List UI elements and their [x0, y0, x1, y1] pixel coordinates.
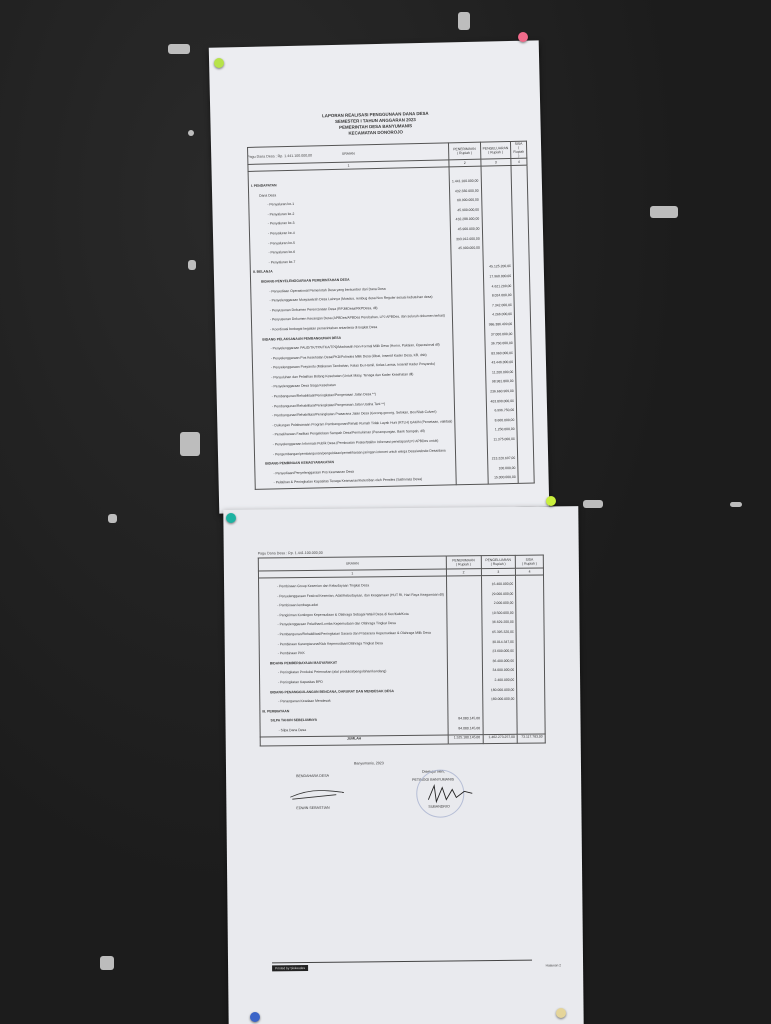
column-header: PENERIMAAN( Rupiah )	[449, 142, 481, 160]
line-item-expense: 403.890.000,00	[488, 397, 514, 407]
line-item-receipt: 84.080.145,00	[450, 715, 480, 725]
line-item-expense	[485, 243, 511, 253]
line-item-receipt	[450, 695, 480, 705]
line-item-expense: 11.200.000,00	[488, 368, 514, 378]
line-item-expense	[485, 724, 515, 734]
line-item-receipt	[449, 647, 479, 657]
line-item-receipt	[457, 407, 484, 417]
report-page-2: Pagu Dana Desa : Rp. 1.441.100.000,00 UR…	[223, 506, 583, 1024]
line-item-expense: 36.400.000,00	[484, 657, 514, 667]
line-item-receipt: 393.912.000,00	[453, 234, 480, 244]
line-item-expense: 4.266.000,00	[486, 310, 512, 320]
line-item-expense: 180.000.000,00	[485, 695, 515, 705]
line-item-expense: 2.000.000,00	[484, 599, 514, 609]
line-item-expense: 10.500.000,00	[484, 609, 514, 619]
line-item-receipt	[450, 667, 480, 677]
paint-speck	[188, 260, 196, 270]
line-item-expense: 213.220.697,00	[490, 454, 516, 464]
line-item-receipt	[458, 455, 485, 465]
blue-pin-bottom-left-icon	[250, 1012, 260, 1022]
line-item-receipt	[449, 590, 479, 600]
line-item-expense: 986.386.409,00	[487, 320, 513, 330]
line-item-expense: 23.600.000,00	[484, 647, 514, 657]
pagu-dana-desa: Pagu Dana Desa : Rp. 1.441.100.000,00	[258, 551, 323, 556]
column-header: SISA( Rupiah )	[511, 141, 527, 158]
line-item-receipt	[449, 619, 479, 629]
line-item-expense	[485, 714, 515, 724]
line-item-receipt: 45.900.000,00	[453, 225, 480, 235]
line-item-receipt	[449, 628, 479, 638]
line-item-expense	[484, 224, 510, 234]
line-item-receipt	[449, 580, 479, 590]
place-date: Banyumanis, 2023	[354, 761, 384, 765]
line-item-expense: 11.375.000,00	[489, 435, 515, 445]
line-item-receipt	[454, 253, 481, 263]
line-item-expense: 180.000.000,00	[485, 685, 515, 695]
line-item-expense: 2.400.000,00	[485, 676, 515, 686]
line-item-receipt	[456, 378, 483, 388]
line-item-expense: 36.750.000,00	[487, 339, 513, 349]
report-title: LAPORAN REALISASI PENGGUNAAN DANA DESA S…	[210, 108, 540, 139]
line-item-expense: 1.250.000,00	[489, 425, 515, 435]
yellow-green-pin-middle-right-icon	[546, 496, 556, 506]
line-item-receipt	[458, 426, 485, 436]
line-item-receipt	[457, 417, 484, 427]
line-item-receipt	[458, 436, 485, 446]
line-item-expense: 98.981.800,00	[488, 377, 514, 387]
line-item-expense: 34.000.000,00	[484, 666, 514, 676]
line-item-label: - Pembangunan/Rehabilitasi/Peningkatan S…	[262, 629, 445, 641]
paint-speck	[188, 130, 194, 136]
line-item-receipt: 432.330.000,00	[452, 186, 479, 196]
column-header: PENGELUARAN( Rupiah )	[480, 141, 511, 159]
line-item-receipt	[456, 340, 483, 350]
treasurer-title: BENDAHARA DESA	[296, 774, 329, 778]
report-page-1: LAPORAN REALISASI PENGGUNAAN DANA DESA S…	[209, 40, 549, 513]
line-item-expense: 16.400.000,00	[484, 580, 514, 590]
line-item-receipt	[458, 464, 485, 474]
line-item-receipt: 1.441.100.000,00	[452, 177, 479, 187]
line-item-expense	[484, 195, 510, 205]
table-body-row: I. PENDAPATANDana Desa- Penyaluran ke-1-…	[248, 165, 534, 489]
line-item-receipt	[454, 273, 481, 283]
treasurer-signature	[288, 787, 344, 802]
line-item-receipt	[456, 359, 483, 369]
printed-by-label: Printed by Siskeudes	[272, 965, 308, 971]
line-item-expense: 30.014.347,00	[484, 637, 514, 647]
line-item-expense: 37.000.000,00	[487, 329, 513, 339]
line-item-receipt: 432.288.000,00	[453, 215, 480, 225]
line-item-receipt	[449, 609, 479, 619]
line-item-receipt	[450, 705, 480, 715]
village-head-name: SUBANDRIO	[428, 805, 449, 809]
paint-speck	[458, 12, 470, 30]
footer-rule	[272, 960, 532, 964]
line-item-expense: 7.342.000,00	[486, 301, 512, 311]
treasurer-name: EDWIN SEBASTIAN	[296, 806, 329, 810]
line-item-expense: 8.600.000,00	[489, 416, 515, 426]
pink-pin-top-right-icon	[518, 32, 528, 42]
paint-speck	[730, 502, 742, 507]
column-header: PENERIMAAN( Rupiah )	[446, 556, 481, 569]
line-item-receipt: 60.900.000,00	[452, 196, 479, 206]
line-item-expense	[485, 234, 511, 244]
paint-speck	[100, 956, 114, 970]
line-item-expense: 4.621.200,00	[486, 282, 512, 292]
line-item-receipt: 45.900.000,00	[453, 244, 480, 254]
teal-pin-middle-left-icon	[226, 513, 236, 523]
line-item-expense: 15.000.000,00	[490, 473, 516, 483]
line-item-receipt	[454, 282, 481, 292]
report-table-page-1: URAIANPENERIMAAN( Rupiah )PENGELUARAN( R…	[247, 141, 535, 490]
line-item-receipt	[459, 474, 486, 484]
line-item-expense: 17.960.000,00	[485, 272, 511, 282]
line-item-expense: 100.000,00	[490, 464, 516, 474]
line-item-receipt	[455, 311, 482, 321]
line-item-receipt	[450, 657, 480, 667]
paint-speck	[180, 432, 200, 456]
line-item-receipt	[455, 301, 482, 311]
line-item-expense	[483, 176, 509, 186]
paint-speck	[168, 44, 190, 54]
line-item-expense	[489, 445, 515, 455]
table-body-row: - Pembinaan Group Kesenian dan Kebudayaa…	[259, 575, 546, 736]
line-item-expense: 236.660.909,00	[488, 387, 514, 397]
line-item-receipt	[450, 686, 480, 696]
report-table-page-2: URAIANPENERIMAAN( Rupiah )PENGELUARAN( R…	[258, 555, 546, 746]
line-item-expense: 83.960.000,00	[487, 349, 513, 359]
paint-speck	[108, 514, 117, 523]
line-item-receipt	[449, 638, 479, 648]
page-number: Halaman 2	[546, 963, 561, 967]
paint-speck	[650, 206, 678, 218]
line-item-expense	[485, 705, 515, 715]
line-item-expense: 45.125.200,00	[485, 262, 511, 272]
column-header: SISA( Rupiah )	[516, 555, 544, 568]
column-header: PENGELUARAN( Rupiah )	[481, 555, 516, 568]
line-item-expense	[485, 253, 511, 263]
line-item-receipt	[454, 292, 481, 302]
line-item-expense	[484, 205, 510, 215]
line-item-expense: 29.000.000,00	[484, 589, 514, 599]
line-item-expense: 36.629.200,00	[484, 618, 514, 628]
line-item-expense: 6.996.750,00	[489, 406, 515, 416]
line-item-expense	[483, 186, 509, 196]
line-item-receipt	[450, 676, 480, 686]
line-item-expense	[484, 214, 510, 224]
line-item-receipt	[456, 369, 483, 379]
cream-pin-bottom-right-icon	[556, 1008, 566, 1018]
line-item-receipt	[456, 349, 483, 359]
line-item-expense: 43.446.000,00	[487, 358, 513, 368]
line-item-receipt: 84.080.145,00	[450, 724, 480, 734]
paint-speck	[583, 500, 603, 508]
line-item-expense: 8.024.000,00	[486, 291, 512, 301]
line-item-receipt	[457, 397, 484, 407]
green-pin-top-left-icon	[214, 58, 224, 68]
line-item-expense: 65.395.320,00	[484, 628, 514, 638]
line-item-receipt	[449, 599, 479, 609]
line-item-receipt	[455, 321, 482, 331]
